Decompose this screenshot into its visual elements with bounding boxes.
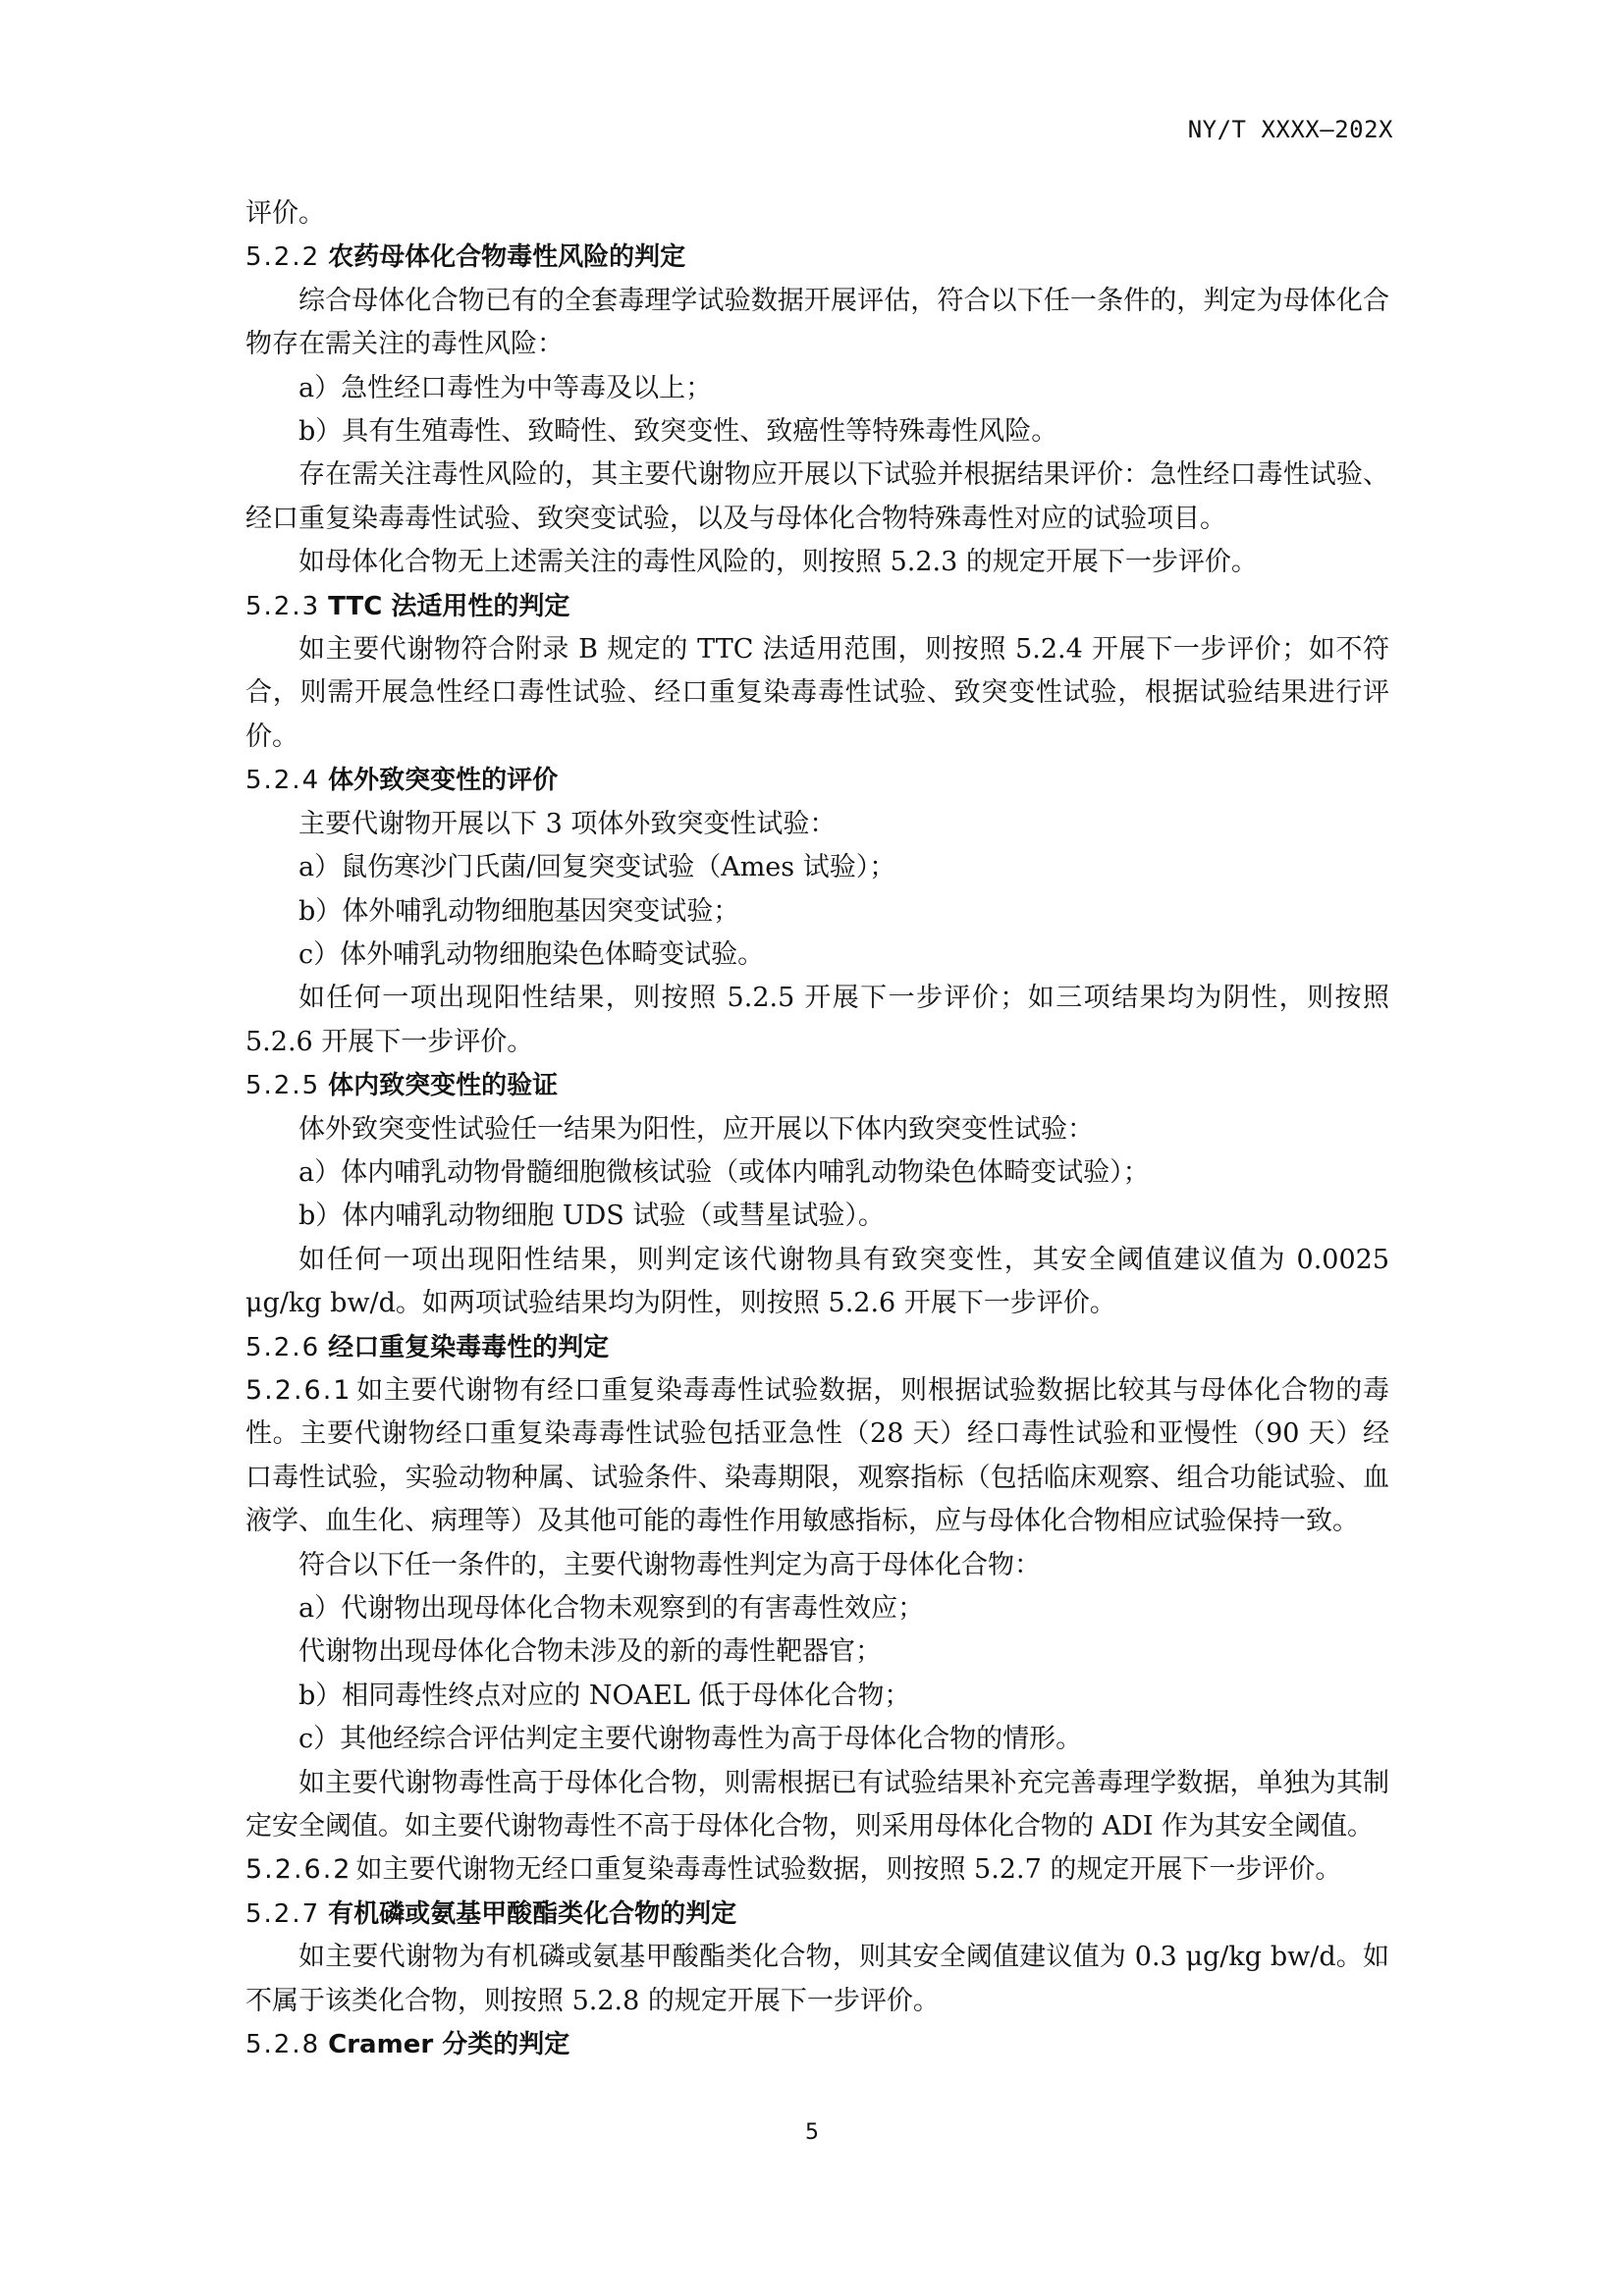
page-number: 5 xyxy=(0,2120,1624,2145)
paragraph: 存在需关注毒性风险的，其主要代谢物应开展以下试验并根据结果评价：急性经口毒性试验… xyxy=(245,454,1389,541)
paragraph: 符合以下任一条件的，主要代谢物毒性判定为高于母体化合物： xyxy=(245,1544,1389,1587)
continuation-text: 评价。 xyxy=(245,192,1389,236)
document-body: 评价。 5.2.2农药母体化合物毒性风险的判定 综合母体化合物已有的全套毒理学试… xyxy=(245,192,1389,2066)
section-heading-5-2-6: 5.2.6经口重复染毒毒性的判定 xyxy=(245,1326,1389,1369)
paragraph: 如主要代谢物为有机磷或氨基甲酸酯类化合物，则其安全阈值建议值为 0.3 μg/k… xyxy=(245,1936,1389,2023)
list-item: c）其他经综合评估判定主要代谢物毒性为高于母体化合物的情形。 xyxy=(245,1718,1389,1761)
list-item: b）体内哺乳动物细胞 UDS 试验（或彗星试验）。 xyxy=(245,1195,1389,1238)
clause-5-2-6-2: 5.2.6.2如主要代谢物无经口重复染毒毒性试验数据，则按照 5.2.7 的规定… xyxy=(245,1848,1389,1892)
list-item: b）相同毒性终点对应的 NOAEL 低于母体化合物； xyxy=(245,1675,1389,1718)
paragraph: 如主要代谢物符合附录 B 规定的 TTC 法适用范围，则按照 5.2.4 开展下… xyxy=(245,628,1389,759)
standard-code-header: NY/T XXXX—202X xyxy=(1188,116,1393,143)
clause-5-2-6-1: 5.2.6.1如主要代谢物有经口重复染毒毒性试验数据，则根据试验数据比较其与母体… xyxy=(245,1369,1389,1544)
list-item: 代谢物出现母体化合物未涉及的新的毒性靶器官； xyxy=(245,1630,1389,1674)
list-item: a）鼠伤寒沙门氏菌/回复突变试验（Ames 试验）； xyxy=(245,846,1389,889)
section-heading-5-2-3: 5.2.3TTC 法适用性的判定 xyxy=(245,585,1389,628)
list-item: a）体内哺乳动物骨髓细胞微核试验（或体内哺乳动物染色体畸变试验）； xyxy=(245,1151,1389,1195)
section-heading-5-2-5: 5.2.5体内致突变性的验证 xyxy=(245,1064,1389,1107)
list-item: c）体外哺乳动物细胞染色体畸变试验。 xyxy=(245,934,1389,977)
section-heading-5-2-2: 5.2.2农药母体化合物毒性风险的判定 xyxy=(245,236,1389,279)
paragraph: 主要代谢物开展以下 3 项体外致突变性试验： xyxy=(245,803,1389,846)
paragraph: 如任何一项出现阳性结果，则判定该代谢物具有致突变性，其安全阈值建议值为 0.00… xyxy=(245,1239,1389,1326)
section-heading-5-2-7: 5.2.7有机磷或氨基甲酸酯类化合物的判定 xyxy=(245,1893,1389,1936)
paragraph: 综合母体化合物已有的全套毒理学试验数据开展评估，符合以下任一条件的，判定为母体化… xyxy=(245,280,1389,367)
section-heading-5-2-4: 5.2.4体外致突变性的评价 xyxy=(245,759,1389,802)
list-item: a）急性经口毒性为中等毒及以上； xyxy=(245,367,1389,410)
list-item: b）具有生殖毒性、致畸性、致突变性、致癌性等特殊毒性风险。 xyxy=(245,410,1389,454)
list-item: b）体外哺乳动物细胞基因突变试验； xyxy=(245,890,1389,934)
paragraph: 如任何一项出现阳性结果，则按照 5.2.5 开展下一步评价；如三项结果均为阴性，… xyxy=(245,977,1389,1064)
section-heading-5-2-8: 5.2.8Cramer 分类的判定 xyxy=(245,2023,1389,2066)
paragraph: 如主要代谢物毒性高于母体化合物，则需根据已有试验结果补充完善毒理学数据，单独为其… xyxy=(245,1762,1389,1849)
paragraph: 体外致突变性试验任一结果为阳性，应开展以下体内致突变性试验： xyxy=(245,1108,1389,1151)
paragraph: 如母体化合物无上述需关注的毒性风险的，则按照 5.2.3 的规定开展下一步评价。 xyxy=(245,541,1389,584)
list-item: a）代谢物出现母体化合物未观察到的有害毒性效应； xyxy=(245,1587,1389,1630)
